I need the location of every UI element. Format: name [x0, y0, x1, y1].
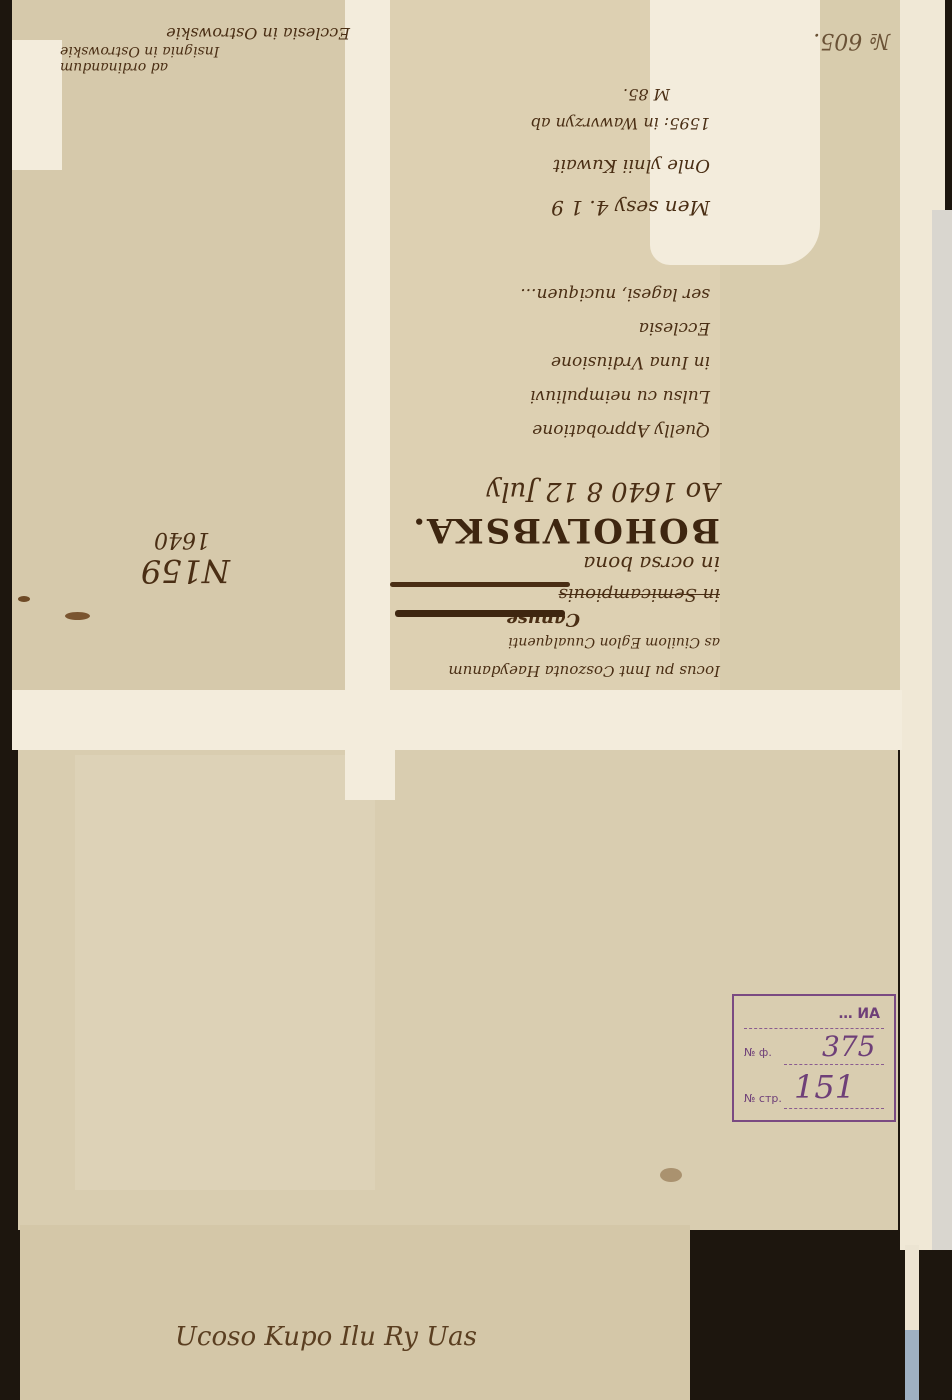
right-grey-strip — [932, 210, 952, 1250]
text-line: as Ciuilom Eglon Cuualquenti — [400, 634, 720, 650]
text-line: Quelly Approbatione — [400, 420, 710, 440]
stamp-row2-value: 151 — [794, 1068, 855, 1106]
center-text-middle: Quelly Approbatione Lulsu cu neimpuliuvi… — [400, 240, 710, 460]
cream-tab — [905, 1245, 919, 1330]
fragment-line: ad ordinandum — [60, 59, 350, 75]
strike-line — [395, 610, 565, 617]
blue-tab — [905, 1330, 919, 1400]
heading-label: BOHOLVBSKA. — [400, 510, 720, 550]
upper-left-tear — [12, 40, 62, 170]
stamp-rule — [744, 1028, 884, 1029]
text-line: Lulsu cu neimpuliuvi — [400, 386, 710, 406]
stamp-row2-label: № стр. — [744, 1092, 782, 1105]
horizontal-tape — [12, 690, 902, 750]
stain — [660, 1168, 682, 1182]
text-line: in Iuna Vrdiusione — [400, 352, 710, 372]
text-line: Onle ylnii Kuwait — [400, 155, 710, 176]
stamp-rule — [784, 1108, 884, 1109]
text-line: 1595: in Wawvrzyn ab — [400, 114, 710, 133]
center-text-upper: Men sesy 4. 1 9 Onle ylnii Kuwait 1595: … — [400, 30, 710, 230]
center-text-heading: Iocus pu Innt Coszouta Haeydanum as Ciui… — [400, 440, 720, 690]
text-line: Iocus pu Innt Coszouta Haeydanum — [400, 662, 720, 680]
text-line: M 85. — [400, 85, 710, 104]
text-line: in ocrsa bona — [400, 552, 720, 576]
vertical-tape — [345, 0, 395, 800]
upper-left-strip — [12, 0, 352, 695]
stamp-rule — [784, 1064, 884, 1065]
corner-number: № 605. — [790, 28, 890, 53]
ink-blot — [18, 596, 30, 602]
text-line: in Semicampiouis — [400, 584, 720, 605]
annotation-number: N159 — [120, 552, 230, 590]
text-line: Men sesy 4. 1 9 — [400, 196, 710, 220]
strike-line — [390, 582, 570, 587]
text-line: ser lagesi, nuciquen... — [400, 284, 710, 304]
fragment-line: Ecclesia in Ostrowskie — [60, 24, 350, 43]
date-line: Ao 1640 8 12 July — [400, 476, 720, 506]
left-annotation: N159 1640 — [120, 490, 230, 590]
top-left-fragment: ad ordinandum Insignia in Ostrowskie Ecc… — [60, 0, 350, 75]
stamp-header: … ИА — [839, 1006, 880, 1022]
archive-stamp: … ИА № ф. 375 № стр. 151 — [732, 994, 896, 1122]
stamp-row1-label: № ф. — [744, 1046, 772, 1059]
fragment-line: Insignia in Ostrowskie — [60, 43, 350, 59]
inner-paper-panel — [75, 755, 375, 1190]
annotation-year: 1640 — [120, 527, 230, 552]
stamp-row1-value: 375 — [822, 1030, 875, 1063]
text-line: Ecclesia — [400, 318, 710, 338]
lower-paper-sheet-bottom — [20, 1225, 690, 1400]
ink-blot — [65, 612, 90, 620]
signature: Ucoso Kupo Ilu Ry Uas — [175, 1322, 535, 1352]
